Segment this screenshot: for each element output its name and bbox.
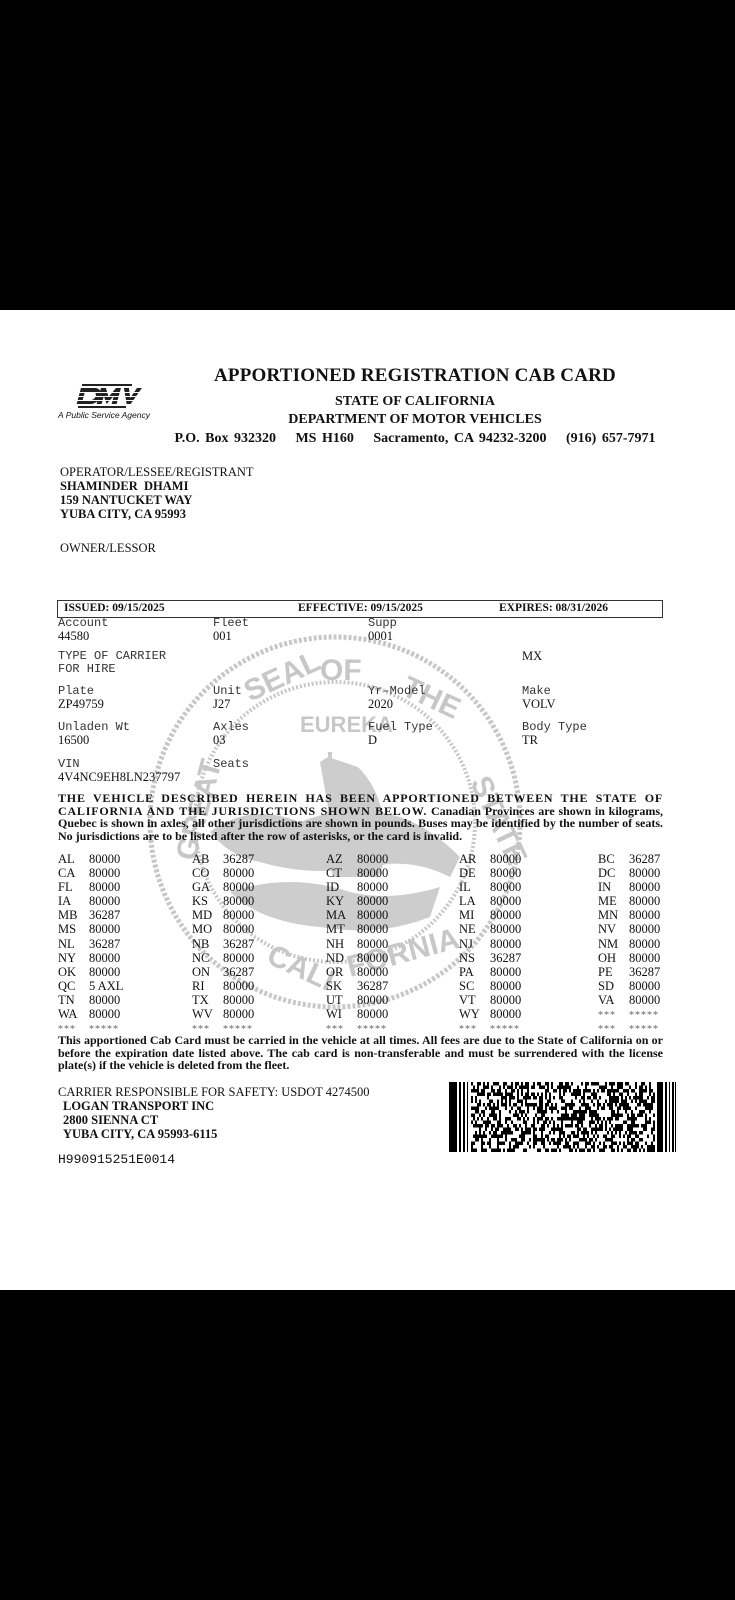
jurisdiction-weight: 36287 bbox=[223, 937, 254, 952]
supp-value: 0001 bbox=[368, 630, 397, 643]
jurisdiction-code: WA bbox=[58, 1007, 89, 1022]
jurisdiction-cell: ID80000 bbox=[326, 880, 388, 895]
jurisdiction-weight: 80000 bbox=[490, 852, 521, 867]
jurisdiction-weight: 80000 bbox=[490, 1007, 521, 1022]
jurisdiction-weight: 80000 bbox=[629, 937, 660, 952]
jurisdiction-cell: MT80000 bbox=[326, 922, 388, 937]
fleet-value: 001 bbox=[213, 630, 249, 643]
jurisdiction-code: TN bbox=[58, 993, 89, 1008]
state-name: STATE OF CALIFORNIA bbox=[150, 394, 680, 410]
jurisdiction-weight: 80000 bbox=[89, 993, 120, 1008]
jurisdiction-code: RI bbox=[192, 979, 223, 994]
jurisdiction-code: WV bbox=[192, 1007, 223, 1022]
jurisdiction-code: MN bbox=[598, 908, 629, 923]
jurisdiction-code: DC bbox=[598, 866, 629, 881]
jurisdiction-code: KY bbox=[326, 894, 357, 909]
unladen-wt-value: 16500 bbox=[58, 734, 130, 747]
yr-model-value: 2020 bbox=[368, 698, 426, 711]
jurisdiction-code: ND bbox=[326, 951, 357, 966]
jurisdiction-weight: 80000 bbox=[223, 866, 254, 881]
jurisdiction-cell: CO80000 bbox=[192, 866, 254, 881]
jurisdiction-cell: WY80000 bbox=[459, 1007, 521, 1022]
jurisdiction-weight: 80000 bbox=[490, 880, 521, 895]
jurisdiction-cell: NL36287 bbox=[58, 937, 120, 952]
jurisdiction-cell: NS36287 bbox=[459, 951, 521, 966]
apportionment-notice: THE VEHICLE DESCRIBED HEREIN HAS BEEN AP… bbox=[58, 792, 663, 842]
jurisdiction-weight: 80000 bbox=[629, 979, 660, 994]
owner-label: OWNER/LESSOR bbox=[60, 541, 156, 556]
jurisdiction-cell: MS80000 bbox=[58, 922, 120, 937]
jurisdiction-cell: MO80000 bbox=[192, 922, 254, 937]
jurisdiction-code: SK bbox=[326, 979, 357, 994]
svg-text:OF: OF bbox=[320, 654, 362, 687]
jurisdiction-row: NL36287NB36287NH80000NJ80000NM80000 bbox=[58, 937, 670, 951]
control-number: H990915251E0014 bbox=[58, 1152, 175, 1167]
jurisdiction-cell: ME80000 bbox=[598, 894, 660, 909]
jurisdiction-cell: GA80000 bbox=[192, 880, 254, 895]
jurisdiction-cell: CA80000 bbox=[58, 866, 120, 881]
jurisdiction-code: MS bbox=[58, 922, 89, 937]
document-title: APPORTIONED REGISTRATION CAB CARD bbox=[150, 365, 680, 387]
jurisdiction-row: QC5 AXLRI80000SK36287SC80000SD80000 bbox=[58, 979, 670, 993]
issued-date: ISSUED: 09/15/2025 bbox=[64, 602, 165, 614]
jurisdiction-code: ON bbox=[192, 965, 223, 980]
jurisdiction-cell: FL80000 bbox=[58, 880, 120, 895]
jurisdiction-code: MA bbox=[326, 908, 357, 923]
jurisdiction-code: SC bbox=[459, 979, 490, 994]
jurisdiction-cell: ND80000 bbox=[326, 951, 388, 966]
supp-field: Supp 0001 bbox=[368, 617, 397, 643]
jurisdiction-row: NY80000NC80000ND80000NS36287OH80000 bbox=[58, 951, 670, 965]
jurisdiction-weight: 36287 bbox=[89, 937, 120, 952]
jurisdiction-weight: 80000 bbox=[490, 993, 521, 1008]
cab-card-page: A Public Service Agency APPORTIONED REGI… bbox=[0, 310, 735, 1290]
jurisdiction-code: MI bbox=[459, 908, 490, 923]
jurisdiction-cell: PA80000 bbox=[459, 965, 521, 980]
jurisdiction-table: AL80000AB36287AZ80000AR80000BC36287CA800… bbox=[58, 852, 670, 1035]
jurisdiction-cell: AL80000 bbox=[58, 852, 120, 867]
registrant-label: OPERATOR/LESSEE/REGISTRANT bbox=[60, 465, 254, 479]
jurisdiction-code: *** bbox=[598, 1010, 629, 1021]
jurisdiction-cell: KY80000 bbox=[326, 894, 388, 909]
jurisdiction-code: UT bbox=[326, 993, 357, 1008]
account-field: Account 44580 bbox=[58, 617, 108, 643]
effective-date: EFFECTIVE: 09/15/2025 bbox=[298, 602, 423, 614]
jurisdiction-weight: 80000 bbox=[357, 866, 388, 881]
body-type-field: Body Type TR bbox=[522, 721, 587, 747]
make-value: VOLV bbox=[522, 698, 556, 711]
jurisdiction-weight: 80000 bbox=[89, 852, 120, 867]
jurisdiction-weight: 80000 bbox=[357, 908, 388, 923]
jurisdiction-weight: 5 AXL bbox=[89, 979, 123, 994]
jurisdiction-code: QC bbox=[58, 979, 89, 994]
jurisdiction-cell: WV80000 bbox=[192, 1007, 254, 1022]
axles-field: Axles 03 bbox=[213, 721, 249, 747]
carrier-label: CARRIER RESPONSIBLE FOR SAFETY: USDOT 42… bbox=[58, 1085, 370, 1099]
jurisdiction-code: SD bbox=[598, 979, 629, 994]
jurisdiction-code: AL bbox=[58, 852, 89, 867]
jurisdiction-row: FL80000GA80000ID80000IL80000IN80000 bbox=[58, 880, 670, 894]
jurisdiction-code: NC bbox=[192, 951, 223, 966]
jurisdiction-code: NH bbox=[326, 937, 357, 952]
jurisdiction-row: OK80000ON36287OR80000PA80000PE36287 bbox=[58, 965, 670, 979]
city: Sacramento, CA 94232-3200 bbox=[373, 431, 546, 446]
jurisdiction-cell: AZ80000 bbox=[326, 852, 388, 867]
jurisdiction-code: VA bbox=[598, 993, 629, 1008]
jurisdiction-weight: 80000 bbox=[89, 965, 120, 980]
jurisdiction-cell: MD80000 bbox=[192, 908, 254, 923]
jurisdiction-cell: SK36287 bbox=[326, 979, 388, 994]
jurisdiction-cell: NV80000 bbox=[598, 922, 660, 937]
jurisdiction-cell: TN80000 bbox=[58, 993, 120, 1008]
jurisdiction-cell: OK80000 bbox=[58, 965, 120, 980]
dmv-logo: A Public Service Agency bbox=[58, 382, 154, 424]
jurisdiction-cell: QC5 AXL bbox=[58, 979, 123, 994]
jurisdiction-weight: 80000 bbox=[357, 880, 388, 895]
jurisdiction-code: AB bbox=[192, 852, 223, 867]
axles-value: 03 bbox=[213, 734, 249, 747]
jurisdiction-code: MD bbox=[192, 908, 223, 923]
jurisdiction-weight: ***** bbox=[629, 1010, 659, 1021]
dates-box: ISSUED: 09/15/2025 EFFECTIVE: 09/15/2025… bbox=[57, 600, 663, 618]
jurisdiction-cell: IN80000 bbox=[598, 880, 660, 895]
jurisdiction-weight: 80000 bbox=[490, 894, 521, 909]
jurisdiction-code: MB bbox=[58, 908, 89, 923]
registrant-city: YUBA CITY, CA 95993 bbox=[60, 507, 254, 521]
unit-value: J27 bbox=[213, 698, 242, 711]
jurisdiction-code: NB bbox=[192, 937, 223, 952]
jurisdiction-cell: NM80000 bbox=[598, 937, 660, 952]
jurisdiction-code: AZ bbox=[326, 852, 357, 867]
jurisdiction-weight: 36287 bbox=[223, 852, 254, 867]
jurisdiction-row: CA80000CO80000CT80000DE80000DC80000 bbox=[58, 866, 670, 880]
department-name: DEPARTMENT OF MOTOR VEHICLES bbox=[150, 412, 680, 428]
carrier-street: 2800 SIENNA CT bbox=[58, 1113, 370, 1127]
jurisdiction-weight: 80000 bbox=[357, 894, 388, 909]
logo-tagline: A Public Service Agency bbox=[58, 410, 158, 420]
make-field: Make VOLV bbox=[522, 685, 556, 711]
jurisdiction-row: WA80000WV80000WI80000WY80000******** bbox=[58, 1007, 670, 1021]
jurisdiction-code: DE bbox=[459, 866, 490, 881]
jurisdiction-cell: OH80000 bbox=[598, 951, 660, 966]
jurisdiction-weight: 80000 bbox=[223, 894, 254, 909]
jurisdiction-cell: UT80000 bbox=[326, 993, 388, 1008]
jurisdiction-weight: 80000 bbox=[357, 951, 388, 966]
jurisdiction-cell: VA80000 bbox=[598, 993, 660, 1008]
jurisdiction-weight: 80000 bbox=[223, 908, 254, 923]
jurisdiction-cell: NE80000 bbox=[459, 922, 521, 937]
vin-value: 4V4NC9EH8LN237797 bbox=[58, 771, 180, 784]
jurisdiction-code: GA bbox=[192, 880, 223, 895]
jurisdiction-weight: 80000 bbox=[357, 993, 388, 1008]
account-value: 44580 bbox=[58, 630, 108, 643]
jurisdiction-weight: 80000 bbox=[223, 951, 254, 966]
jurisdiction-weight: 36287 bbox=[357, 979, 388, 994]
jurisdiction-row: AL80000AB36287AZ80000AR80000BC36287 bbox=[58, 852, 670, 866]
department-address: P.O. Box 932320 MS H160 Sacramento, CA 9… bbox=[150, 431, 680, 447]
jurisdiction-code: OR bbox=[326, 965, 357, 980]
registrant-name: SHAMINDER DHAMI bbox=[60, 479, 254, 493]
jurisdiction-weight: 80000 bbox=[490, 979, 521, 994]
jurisdiction-code: OH bbox=[598, 951, 629, 966]
jurisdiction-weight: 80000 bbox=[629, 880, 660, 895]
fuel-type-value: D bbox=[368, 734, 433, 747]
expires-date: EXPIRES: 08/31/2026 bbox=[499, 602, 608, 614]
phone: (916) 657-7971 bbox=[566, 431, 656, 446]
vin-field: VIN 4V4NC9EH8LN237797 bbox=[58, 758, 180, 784]
seats-field: Seats bbox=[213, 758, 249, 771]
jurisdiction-cell: ******** bbox=[598, 1007, 659, 1022]
jurisdiction-cell: LA80000 bbox=[459, 894, 521, 909]
jurisdiction-cell: IA80000 bbox=[58, 894, 120, 909]
yr-model-field: Yr-Model 2020 bbox=[368, 685, 426, 711]
jurisdiction-cell: VT80000 bbox=[459, 993, 521, 1008]
carrier-city: YUBA CITY, CA 95993-6115 bbox=[58, 1127, 370, 1141]
jurisdiction-weight: 80000 bbox=[490, 922, 521, 937]
jurisdiction-weight: 80000 bbox=[490, 908, 521, 923]
carrier-type-value: FOR HIRE bbox=[58, 663, 166, 676]
jurisdiction-weight: 80000 bbox=[89, 880, 120, 895]
dmv-logo-icon bbox=[72, 384, 144, 410]
jurisdiction-weight: 80000 bbox=[223, 880, 254, 895]
jurisdiction-cell: MN80000 bbox=[598, 908, 660, 923]
jurisdiction-code: PE bbox=[598, 965, 629, 980]
jurisdiction-cell: NY80000 bbox=[58, 951, 120, 966]
jurisdiction-code: LA bbox=[459, 894, 490, 909]
jurisdiction-cell: ON36287 bbox=[192, 965, 254, 980]
jurisdiction-code: FL bbox=[58, 880, 89, 895]
jurisdiction-cell: OR80000 bbox=[326, 965, 388, 980]
jurisdiction-code: BC bbox=[598, 852, 629, 867]
jurisdiction-code: ME bbox=[598, 894, 629, 909]
jurisdiction-weight: 80000 bbox=[223, 993, 254, 1008]
pdf417-barcode-icon bbox=[449, 1082, 677, 1152]
plate-field: Plate ZP49759 bbox=[58, 685, 104, 711]
safety-carrier-block: CARRIER RESPONSIBLE FOR SAFETY: USDOT 42… bbox=[58, 1085, 370, 1141]
jurisdiction-weight: 80000 bbox=[490, 937, 521, 952]
jurisdiction-cell: TX80000 bbox=[192, 993, 254, 1008]
jurisdiction-row: MS80000MO80000MT80000NE80000NV80000 bbox=[58, 922, 670, 936]
jurisdiction-weight: 80000 bbox=[629, 894, 660, 909]
jurisdiction-weight: 80000 bbox=[89, 922, 120, 937]
jurisdiction-code: WY bbox=[459, 1007, 490, 1022]
jurisdiction-cell: AB36287 bbox=[192, 852, 254, 867]
mx-field: MX bbox=[522, 650, 542, 663]
jurisdiction-weight: 80000 bbox=[357, 922, 388, 937]
jurisdiction-cell: MA80000 bbox=[326, 908, 388, 923]
jurisdiction-cell: RI80000 bbox=[192, 979, 254, 994]
jurisdiction-weight: 80000 bbox=[223, 979, 254, 994]
jurisdiction-weight: 80000 bbox=[89, 866, 120, 881]
jurisdiction-code: CT bbox=[326, 866, 357, 881]
jurisdiction-code: OK bbox=[58, 965, 89, 980]
jurisdiction-row: TN80000TX80000UT80000VT80000VA80000 bbox=[58, 993, 670, 1007]
fuel-type-field: Fuel Type D bbox=[368, 721, 433, 747]
jurisdiction-code: NS bbox=[459, 951, 490, 966]
jurisdiction-cell: MB36287 bbox=[58, 908, 120, 923]
jurisdiction-code: NL bbox=[58, 937, 89, 952]
jurisdiction-code: AR bbox=[459, 852, 490, 867]
unit-field: Unit J27 bbox=[213, 685, 242, 711]
jurisdiction-code: IN bbox=[598, 880, 629, 895]
jurisdiction-weight: 80000 bbox=[357, 937, 388, 952]
jurisdiction-weight: 80000 bbox=[357, 852, 388, 867]
jurisdiction-cell: SD80000 bbox=[598, 979, 660, 994]
jurisdiction-cell: PE36287 bbox=[598, 965, 660, 980]
jurisdiction-weight: 80000 bbox=[629, 922, 660, 937]
jurisdiction-code: MT bbox=[326, 922, 357, 937]
jurisdiction-weight: 80000 bbox=[629, 993, 660, 1008]
jurisdiction-cell: AR80000 bbox=[459, 852, 521, 867]
jurisdiction-cell: DC80000 bbox=[598, 866, 660, 881]
cab-card-footnote: This apportioned Cab Card must be carrie… bbox=[58, 1034, 663, 1072]
jurisdiction-code: CA bbox=[58, 866, 89, 881]
jurisdiction-weight: 80000 bbox=[89, 1007, 120, 1022]
jurisdiction-code: PA bbox=[459, 965, 490, 980]
jurisdiction-cell: DE80000 bbox=[459, 866, 521, 881]
jurisdiction-cell: MI80000 bbox=[459, 908, 521, 923]
jurisdiction-weight: 80000 bbox=[629, 908, 660, 923]
jurisdiction-code: VT bbox=[459, 993, 490, 1008]
jurisdiction-cell: BC36287 bbox=[598, 852, 660, 867]
jurisdiction-cell: NJ80000 bbox=[459, 937, 521, 952]
jurisdiction-weight: 80000 bbox=[357, 1007, 388, 1022]
jurisdiction-weight: 80000 bbox=[629, 951, 660, 966]
jurisdiction-weight: 80000 bbox=[223, 1007, 254, 1022]
jurisdiction-cell: KS80000 bbox=[192, 894, 254, 909]
carrier-name: LOGAN TRANSPORT INC bbox=[58, 1099, 370, 1113]
jurisdiction-code: MO bbox=[192, 922, 223, 937]
jurisdiction-cell: NB36287 bbox=[192, 937, 254, 952]
jurisdiction-cell: WA80000 bbox=[58, 1007, 120, 1022]
registrant-block: OPERATOR/LESSEE/REGISTRANT SHAMINDER DHA… bbox=[60, 465, 254, 521]
mail-stop: MS H160 bbox=[295, 431, 353, 446]
jurisdiction-cell: NH80000 bbox=[326, 937, 388, 952]
jurisdiction-weight: 36287 bbox=[629, 965, 660, 980]
jurisdiction-code: NV bbox=[598, 922, 629, 937]
jurisdiction-weight: 80000 bbox=[490, 965, 521, 980]
jurisdiction-cell: SC80000 bbox=[459, 979, 521, 994]
jurisdiction-code: NY bbox=[58, 951, 89, 966]
body-type-value: TR bbox=[522, 734, 587, 747]
jurisdiction-cell: WI80000 bbox=[326, 1007, 388, 1022]
jurisdiction-row: IA80000KS80000KY80000LA80000ME80000 bbox=[58, 894, 670, 908]
jurisdiction-weight: 80000 bbox=[89, 951, 120, 966]
jurisdiction-row: MB36287MD80000MA80000MI80000MN80000 bbox=[58, 908, 670, 922]
jurisdiction-code: NJ bbox=[459, 937, 490, 952]
jurisdiction-weight: 80000 bbox=[490, 866, 521, 881]
jurisdiction-weight: 36287 bbox=[89, 908, 120, 923]
jurisdiction-code: IL bbox=[459, 880, 490, 895]
plate-value: ZP49759 bbox=[58, 698, 104, 711]
jurisdiction-code: KS bbox=[192, 894, 223, 909]
jurisdiction-weight: 80000 bbox=[357, 965, 388, 980]
unladen-wt-field: Unladen Wt 16500 bbox=[58, 721, 130, 747]
jurisdiction-weight: 36287 bbox=[490, 951, 521, 966]
jurisdiction-cell: CT80000 bbox=[326, 866, 388, 881]
jurisdiction-code: TX bbox=[192, 993, 223, 1008]
jurisdiction-code: ID bbox=[326, 880, 357, 895]
jurisdiction-cell: IL80000 bbox=[459, 880, 521, 895]
jurisdiction-cell: NC80000 bbox=[192, 951, 254, 966]
jurisdiction-code: WI bbox=[326, 1007, 357, 1022]
jurisdiction-weight: 80000 bbox=[629, 866, 660, 881]
jurisdiction-weight: 80000 bbox=[89, 894, 120, 909]
jurisdiction-weight: 36287 bbox=[629, 852, 660, 867]
jurisdiction-code: NE bbox=[459, 922, 490, 937]
jurisdiction-weight: 36287 bbox=[223, 965, 254, 980]
carrier-type-field: TYPE OF CARRIER FOR HIRE bbox=[58, 650, 166, 676]
po-box: P.O. Box 932320 bbox=[174, 431, 276, 446]
jurisdiction-code: CO bbox=[192, 866, 223, 881]
jurisdiction-weight: 80000 bbox=[223, 922, 254, 937]
fleet-field: Fleet 001 bbox=[213, 617, 249, 643]
registrant-street: 159 NANTUCKET WAY bbox=[60, 493, 254, 507]
jurisdiction-code: IA bbox=[58, 894, 89, 909]
jurisdiction-code: NM bbox=[598, 937, 629, 952]
